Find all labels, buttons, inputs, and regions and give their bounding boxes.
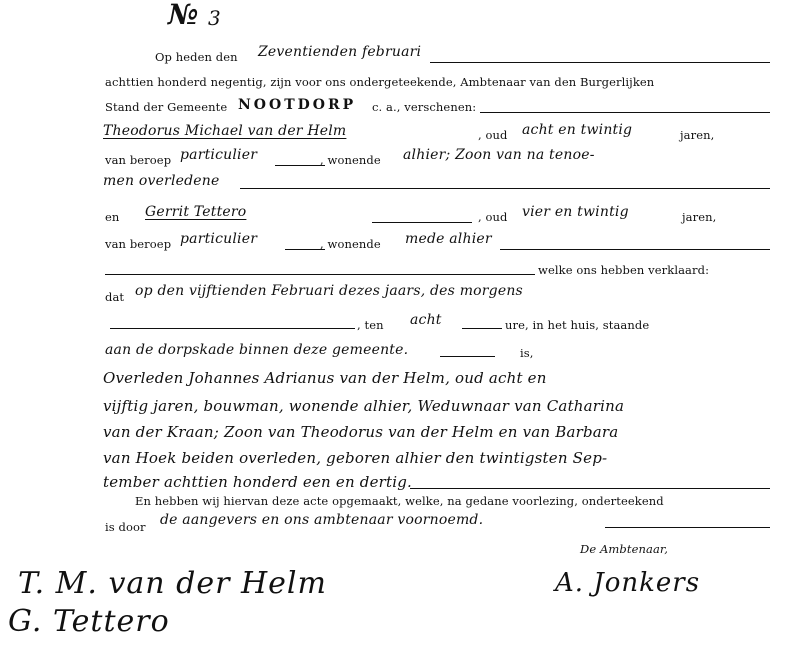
fill-rule <box>240 188 770 189</box>
fill-rule <box>480 112 770 113</box>
official-label: De Ambtenaar, <box>580 542 668 556</box>
years-label: jaren, <box>682 210 716 224</box>
declared-label: welke ons hebben verklaard: <box>538 263 709 277</box>
record-number-sign: № <box>168 0 198 31</box>
fill-rule <box>440 356 495 357</box>
profession-label: van beroep <box>105 237 171 251</box>
record-number: 3 <box>208 6 221 30</box>
that-label: dat <box>105 290 124 304</box>
municipality-name: NOOTDORP <box>238 97 356 113</box>
fill-rule <box>285 249 325 250</box>
residence-label: , wonende <box>320 153 381 167</box>
age-label: , oud <box>478 210 508 224</box>
is-label: is, <box>520 346 534 360</box>
and-label: en <box>105 210 119 224</box>
declarant-1-residence-cont: men overledene <box>103 173 219 189</box>
deceased-line-2: vijftig jaren, bouwman, wonende alhier, … <box>103 397 624 415</box>
signed-by-handwritten: de aangevers en ons ambtenaar voornoemd. <box>160 512 483 528</box>
house-label: ure, in het huis, staande <box>505 318 649 332</box>
fill-rule <box>500 249 770 250</box>
line-year-officer: achttien honderd negentig, zijn voor ons… <box>105 75 654 89</box>
declarant-2-residence: mede alhier <box>405 231 492 247</box>
deceased-line-3: van der Kraan; Zoon van Theodorus van de… <box>103 423 618 441</box>
death-time: acht <box>410 312 442 328</box>
fill-rule <box>372 222 472 223</box>
fill-rule <box>275 165 325 166</box>
death-location: aan de dorpskade binnen deze gemeente. <box>105 342 408 358</box>
fill-rule <box>110 328 355 329</box>
death-date-handwritten: op den vijftienden Februari dezes jaars,… <box>135 283 523 299</box>
declarant-2-profession: particulier <box>180 231 257 247</box>
fill-rule <box>605 527 770 528</box>
declarant-1-age: acht en twintig <box>522 122 632 138</box>
declarant-1-profession: particulier <box>180 147 257 163</box>
declarant-1-residence: alhier; Zoon van na tenoe- <box>403 147 595 163</box>
closing-statement: En hebben wij hiervan deze acte opgemaak… <box>135 494 664 508</box>
declarant-2-age: vier en twintig <box>522 204 629 220</box>
deceased-line-1: Overleden Johannes Adrianus van der Helm… <box>103 369 547 387</box>
declarant-2-name: Gerrit Tettero <box>145 204 246 220</box>
deceased-line-4: van Hoek beiden overleden, geboren alhie… <box>103 449 607 467</box>
deceased-line-5: tember achttien honderd een en dertig. <box>103 473 412 491</box>
line-date-label: Op heden den <box>155 50 238 64</box>
fill-rule <box>430 62 770 63</box>
signed-by-label: is door <box>105 520 146 534</box>
declarant-1-name: Theodorus Michael van der Helm <box>103 123 346 139</box>
fill-rule <box>105 274 535 275</box>
line-appeared-label: c. a., verschenen: <box>372 100 476 114</box>
date-handwritten: Zeventienden februari <box>258 44 421 60</box>
line-municipality-label: Stand der Gemeente <box>105 100 227 114</box>
residence-label: , wonende <box>320 237 381 251</box>
fill-rule <box>462 328 502 329</box>
profession-label: van beroep <box>105 153 171 167</box>
age-label: , oud <box>478 128 508 142</box>
fill-rule <box>410 488 770 489</box>
signature-declarant-1: T. M. van der Helm <box>18 566 327 601</box>
time-label: , ten <box>357 318 384 332</box>
signature-official: A. Jonkers <box>555 568 700 598</box>
signature-declarant-2: G. Tettero <box>8 604 170 639</box>
years-label: jaren, <box>680 128 714 142</box>
